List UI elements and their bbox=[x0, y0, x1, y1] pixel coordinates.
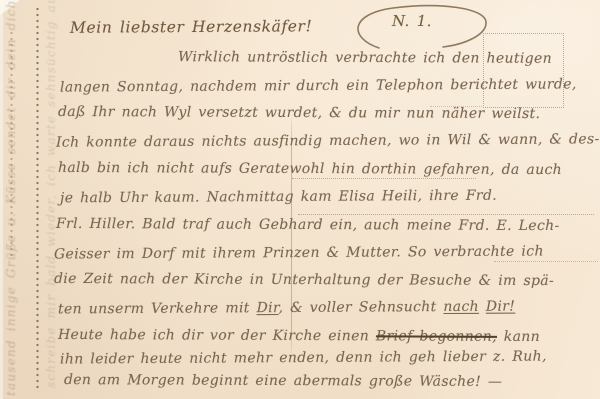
body-line: die Zeit nach der Kirche in Unterhaltung… bbox=[54, 271, 554, 289]
body-line: ten unserm Verkehre mit Dir, & voller Se… bbox=[58, 299, 515, 318]
body-line: Wirklich untröstlich verbrachte ich den … bbox=[178, 49, 552, 67]
vertical-margin-note: tausend innige Grüße u. Küsse sendet dir… bbox=[4, 12, 18, 396]
postcard: tausend innige Grüße u. Küsse sendet dir… bbox=[0, 0, 600, 399]
body-line: Frl. Hiller. Bald traf auch Gebhard ein,… bbox=[56, 216, 560, 234]
body-line: Heute habe ich dir vor der Kirche einen … bbox=[58, 327, 540, 345]
address-dotted-line bbox=[298, 214, 594, 215]
address-dotted-line bbox=[292, 178, 476, 179]
body-text: ten unserm Verkehre mit bbox=[58, 300, 257, 317]
divider-line bbox=[291, 114, 292, 358]
body-line: den am Morgen beginnt eine abermals groß… bbox=[64, 372, 502, 390]
paper-left-edge bbox=[0, 0, 3, 399]
address-dotted-line bbox=[494, 261, 598, 262]
body-line: daß Ihr nach Wyl versetzt wurdet, & du m… bbox=[58, 104, 540, 122]
number-label: N. 1. bbox=[392, 12, 432, 30]
underlined-word: Dir bbox=[256, 300, 278, 316]
underlined-word: nach bbox=[443, 299, 479, 315]
body-line: Ich konnte daraus nichts ausfindig mache… bbox=[56, 131, 600, 150]
body-line: Geisser im Dorf mit ihrem Prinzen & Mutt… bbox=[54, 244, 544, 263]
body-line: halb bin ich nicht aufs Geratewohl hin d… bbox=[58, 160, 562, 178]
salutation: Mein liebster Herzenskäfer! bbox=[70, 17, 312, 36]
body-line: je halb Uhr kaum. Nachmittag kam Elisa H… bbox=[60, 188, 497, 207]
body-text: kann bbox=[497, 329, 540, 345]
body-text: Heute habe ich dir vor der Kirche einen bbox=[58, 327, 376, 344]
body-line: langen Sonntag, nachdem mir durch ein Te… bbox=[60, 76, 577, 95]
strikethrough-text: Brief begonnen, bbox=[376, 328, 497, 345]
margin-dots bbox=[36, 6, 39, 392]
underlined-word: Dir! bbox=[486, 299, 516, 315]
stamp-box bbox=[483, 33, 564, 108]
body-line: ihn leider heute nicht mehr enden, denn … bbox=[60, 349, 547, 368]
body-text: , & voller Sehnsucht bbox=[278, 299, 443, 316]
